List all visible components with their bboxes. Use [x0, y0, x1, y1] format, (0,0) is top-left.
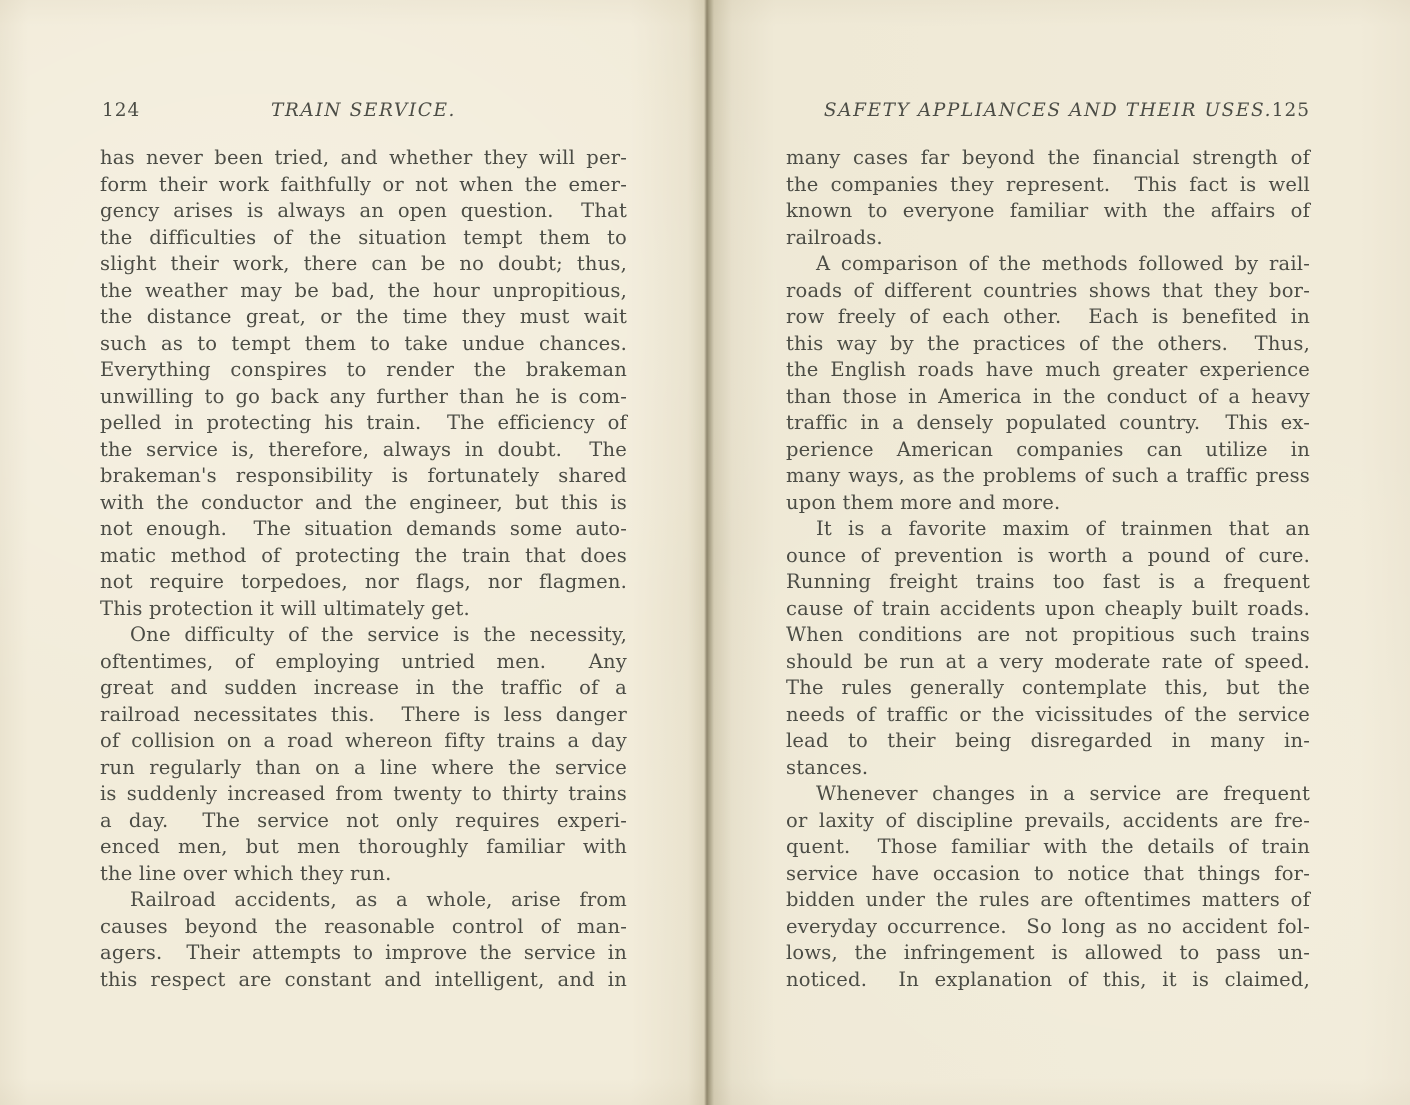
- text-line: Railroad accidents, as a whole, arise fr…: [100, 887, 627, 914]
- text-line: should be run at a very moderate rate of…: [786, 649, 1310, 676]
- text-line: gency arises is always an open question.…: [100, 198, 627, 225]
- text-line: the companies they represent. This fact …: [786, 172, 1310, 199]
- text-line: row freely of each other. Each is benefi…: [786, 304, 1310, 331]
- text-line: It is a favorite maxim of trainmen that …: [786, 516, 1310, 543]
- text-line: run regularly than on a line where the s…: [100, 755, 627, 782]
- text-line: perience American companies can utilize …: [786, 437, 1310, 464]
- text-line: many cases far beyond the financial stre…: [786, 145, 1310, 172]
- page-header-left: 124 TRAIN SERVICE.: [100, 100, 627, 124]
- paragraph: Railroad accidents, as a whole, arise fr…: [100, 887, 627, 993]
- text-line: cause of train accidents upon cheaply bu…: [786, 596, 1310, 623]
- text-line: of collision on a road whereon fifty tra…: [100, 728, 627, 755]
- page-header-right: SAFETY APPLIANCES AND THEIR USES. 125: [786, 100, 1310, 124]
- text-line: pelled in protecting his train. The effi…: [100, 410, 627, 437]
- text-line: bidden under the rules are oftentimes ma…: [786, 887, 1310, 914]
- page-right: SAFETY APPLIANCES AND THEIR USES. 125 ma…: [710, 0, 1410, 1105]
- running-title-left: TRAIN SERVICE.: [100, 100, 627, 121]
- text-line: known to everyone familiar with the affa…: [786, 198, 1310, 225]
- text-line: service have occasion to notice that thi…: [786, 861, 1310, 888]
- text-line: is suddenly increased from twenty to thi…: [100, 781, 627, 808]
- text-line: many ways, as the problems of such a tra…: [786, 463, 1310, 490]
- paragraph: A comparison of the methods followed by …: [786, 251, 1310, 516]
- text-line: Whenever changes in a service are freque…: [786, 781, 1310, 808]
- text-line: When conditions are not propitious such …: [786, 622, 1310, 649]
- text-line: this way by the practices of the others.…: [786, 331, 1310, 358]
- text-line: slight their work, there can be no doubt…: [100, 251, 627, 278]
- text-line: this respect are constant and intelligen…: [100, 967, 627, 994]
- text-line: not enough. The situation demands some a…: [100, 516, 627, 543]
- paragraph: has never been tried, and whether they w…: [100, 145, 627, 622]
- text-line: such as to tempt them to take undue chan…: [100, 331, 627, 358]
- page-number-left: 124: [102, 100, 140, 121]
- text-line: brakeman's responsibility is fortunately…: [100, 463, 627, 490]
- text-line: The rules generally contemplate this, bu…: [786, 675, 1310, 702]
- book-spread: 124 TRAIN SERVICE. has never been tried,…: [0, 0, 1410, 1105]
- text-line: lows, the infringement is allowed to pas…: [786, 940, 1310, 967]
- text-line: everyday occurrence. So long as no accid…: [786, 914, 1310, 941]
- page-body-left: has never been tried, and whether they w…: [100, 145, 627, 993]
- paragraph: One difficulty of the service is the nec…: [100, 622, 627, 887]
- running-title-right: SAFETY APPLIANCES AND THEIR USES.: [786, 100, 1310, 121]
- text-line: oftentimes, of employing untried men. An…: [100, 649, 627, 676]
- text-line: enced men, but men thoroughly familiar w…: [100, 834, 627, 861]
- text-line: has never been tried, and whether they w…: [100, 145, 627, 172]
- text-line: form their work faithfully or not when t…: [100, 172, 627, 199]
- text-line: causes beyond the reasonable control of …: [100, 914, 627, 941]
- text-line: quent. Those familiar with the details o…: [786, 834, 1310, 861]
- text-line: the difficulties of the situation tempt …: [100, 225, 627, 252]
- page-number-right: 125: [1272, 100, 1310, 121]
- text-line: roads of different countries shows that …: [786, 278, 1310, 305]
- text-line: railroad necessitates this. There is les…: [100, 702, 627, 729]
- text-line: than those in America in the conduct of …: [786, 384, 1310, 411]
- text-line: lead to their being disregarded in many …: [786, 728, 1310, 755]
- text-line: stances.: [786, 755, 1310, 782]
- text-line: This protection it will ultimately get.: [100, 596, 627, 623]
- text-line: a day. The service not only requires exp…: [100, 808, 627, 835]
- text-line: ounce of prevention is worth a pound of …: [786, 543, 1310, 570]
- text-line: not require torpedoes, nor flags, nor fl…: [100, 569, 627, 596]
- text-line: with the conductor and the engineer, but…: [100, 490, 627, 517]
- text-line: needs of traffic or the vicissitudes of …: [786, 702, 1310, 729]
- text-line: Running freight trains too fast is a fre…: [786, 569, 1310, 596]
- text-line: unwilling to go back any further than he…: [100, 384, 627, 411]
- text-line: agers. Their attempts to improve the ser…: [100, 940, 627, 967]
- paragraph: Whenever changes in a service are freque…: [786, 781, 1310, 993]
- text-line: the line over which they run.: [100, 861, 627, 888]
- page-left: 124 TRAIN SERVICE. has never been tried,…: [0, 0, 707, 1105]
- paragraph: It is a favorite maxim of trainmen that …: [786, 516, 1310, 781]
- text-line: One difficulty of the service is the nec…: [100, 622, 627, 649]
- text-line: the weather may be bad, the hour unpropi…: [100, 278, 627, 305]
- paragraph: many cases far beyond the financial stre…: [786, 145, 1310, 251]
- text-line: traffic in a densely populated country. …: [786, 410, 1310, 437]
- page-body-right: many cases far beyond the financial stre…: [786, 145, 1310, 993]
- text-line: Everything conspires to render the brake…: [100, 357, 627, 384]
- text-line: or laxity of discipline prevails, accide…: [786, 808, 1310, 835]
- text-line: matic method of protecting the train tha…: [100, 543, 627, 570]
- text-line: the service is, therefore, always in dou…: [100, 437, 627, 464]
- text-line: great and sudden increase in the traffic…: [100, 675, 627, 702]
- text-line: noticed. In explanation of this, it is c…: [786, 967, 1310, 994]
- text-line: A comparison of the methods followed by …: [786, 251, 1310, 278]
- text-line: railroads.: [786, 225, 1310, 252]
- text-line: the English roads have much greater expe…: [786, 357, 1310, 384]
- text-line: upon them more and more.: [786, 490, 1310, 517]
- text-line: the distance great, or the time they mus…: [100, 304, 627, 331]
